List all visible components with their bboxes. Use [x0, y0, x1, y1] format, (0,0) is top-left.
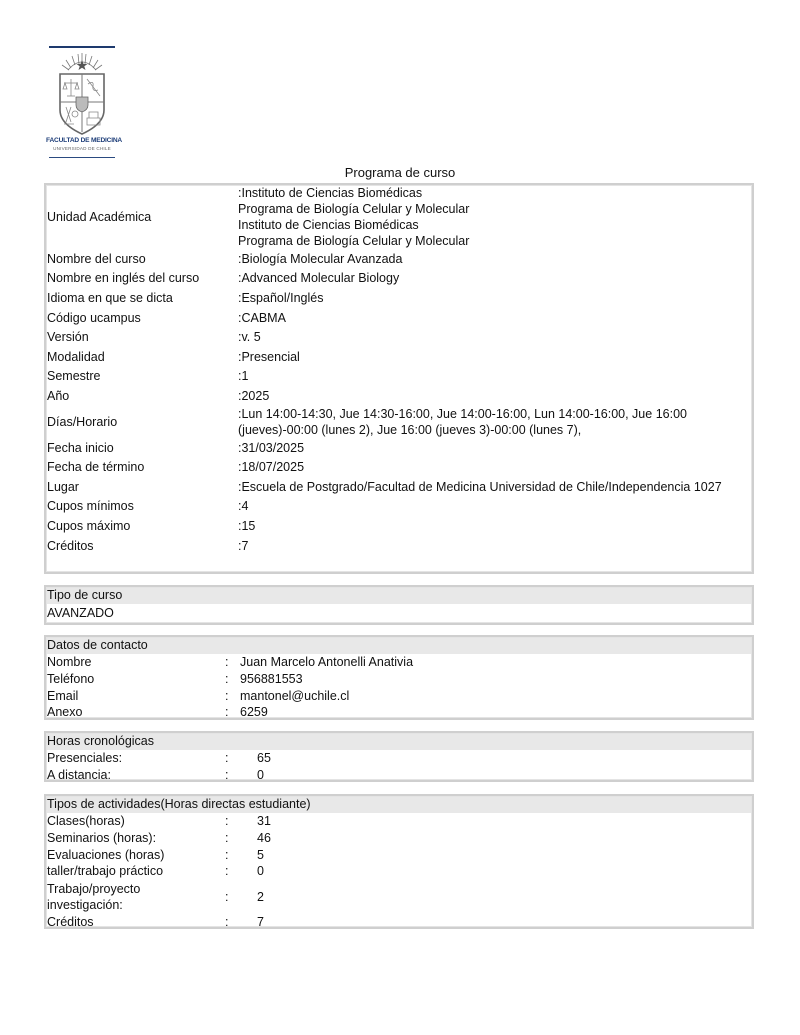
- logo-top-rule: [49, 46, 115, 48]
- actividades-separator: :: [225, 847, 257, 864]
- contacto-label: Teléfono: [46, 671, 225, 688]
- contacto-label: Anexo: [46, 704, 225, 721]
- contacto-row: Email:mantonel@uchile.cl: [46, 688, 752, 705]
- course-info-label: Créditos: [46, 538, 238, 554]
- course-type-section: Tipo de curso AVANZADO: [44, 585, 754, 625]
- activities-list: Clases(horas):31Seminarios (horas)::46Ev…: [46, 813, 752, 931]
- course-info-label: Lugar: [46, 479, 238, 495]
- course-info-row: Fecha de término:18/07/2025: [46, 457, 752, 477]
- course-info-row: Créditos:7: [46, 536, 752, 556]
- actividades-value: 0: [257, 863, 752, 880]
- actividades-row: taller/trabajo práctico:0: [46, 863, 752, 880]
- actividades-row: Trabajo/proyecto investigación::2: [46, 880, 752, 914]
- course-info-label: Idioma en que se dicta: [46, 290, 238, 306]
- actividades-row: Créditos:7: [46, 914, 752, 931]
- actividades-value: 5: [257, 847, 752, 864]
- course-info-label: Nombre del curso: [46, 251, 238, 267]
- actividades-label: Créditos: [46, 914, 225, 931]
- contacto-separator: :: [225, 688, 240, 705]
- course-info-value: :15: [238, 518, 752, 534]
- contacto-row: Nombre:Juan Marcelo Antonelli Anativia: [46, 654, 752, 671]
- actividades-label: Evaluaciones (horas): [46, 847, 225, 864]
- course-info-row: Nombre en inglés del curso:Advanced Mole…: [46, 269, 752, 289]
- actividades-row: Seminarios (horas)::46: [46, 830, 752, 847]
- hours-section: Horas cronológicas Presenciales::65A dis…: [44, 731, 754, 782]
- contacto-value: Juan Marcelo Antonelli Anativia: [240, 654, 752, 671]
- course-info-label: Días/Horario: [46, 414, 238, 430]
- course-info-value: :2025: [238, 388, 752, 404]
- course-info-label: Nombre en inglés del curso: [46, 270, 238, 286]
- course-info-value: :Advanced Molecular Biology: [238, 270, 752, 286]
- course-info-row: Lugar:Escuela de Postgrado/Facultad de M…: [46, 477, 752, 497]
- university-crest-icon: [54, 52, 110, 136]
- course-info-value: :Presencial: [238, 349, 752, 365]
- actividades-value: 7: [257, 914, 752, 931]
- course-info-row: Modalidad:Presencial: [46, 347, 752, 367]
- contact-section: Datos de contacto Nombre:Juan Marcelo An…: [44, 635, 754, 720]
- course-info-value: :18/07/2025: [238, 459, 752, 475]
- course-info-row: Idioma en que se dicta:Español/Inglés: [46, 288, 752, 308]
- course-info-value: :31/03/2025: [238, 440, 752, 456]
- course-info-value: :Lun 14:00-14:30, Jue 14:30-16:00, Jue 1…: [238, 406, 752, 438]
- course-info-value: :Biología Molecular Avanzada: [238, 251, 752, 267]
- course-info-label: Versión: [46, 329, 238, 345]
- course-info-value: :Escuela de Postgrado/Facultad de Medici…: [238, 479, 752, 495]
- horas-label: A distancia:: [46, 767, 225, 784]
- actividades-separator: :: [225, 813, 257, 830]
- course-info-row: Días/Horario:Lun 14:00-14:30, Jue 14:30-…: [46, 406, 752, 438]
- contacto-label: Nombre: [46, 654, 225, 671]
- contacto-separator: :: [225, 654, 240, 671]
- activities-section: Tipos de actividades(Horas directas estu…: [44, 794, 754, 929]
- course-info-label: Código ucampus: [46, 310, 238, 326]
- course-info-label: Semestre: [46, 368, 238, 384]
- course-info-table: Unidad Académica:Instituto de Ciencias B…: [44, 183, 754, 574]
- actividades-separator: :: [225, 914, 257, 931]
- course-info-row: Nombre del curso:Biología Molecular Avan…: [46, 249, 752, 269]
- course-info-row: Versión:v. 5: [46, 327, 752, 347]
- course-info-label: Año: [46, 388, 238, 404]
- contacto-separator: :: [225, 704, 240, 721]
- actividades-separator: :: [225, 863, 257, 880]
- hours-header: Horas cronológicas: [46, 733, 752, 750]
- course-info-row: Año:2025: [46, 386, 752, 406]
- course-type-value: AVANZADO: [46, 604, 752, 623]
- course-info-value: :7: [238, 538, 752, 554]
- horas-row: A distancia::0: [46, 767, 752, 784]
- contacto-value: 956881553: [240, 671, 752, 688]
- contacto-separator: :: [225, 671, 240, 688]
- course-info-row: Fecha inicio:31/03/2025: [46, 438, 752, 458]
- course-info-label: Cupos mínimos: [46, 498, 238, 514]
- course-info-value: :4: [238, 498, 752, 514]
- actividades-row: Evaluaciones (horas):5: [46, 847, 752, 864]
- actividades-label: taller/trabajo práctico: [46, 863, 225, 880]
- activities-header: Tipos de actividades(Horas directas estu…: [46, 796, 752, 813]
- contacto-value: 6259: [240, 704, 752, 721]
- course-info-value: :Instituto de Ciencias Biomédicas Progra…: [238, 185, 752, 249]
- contact-header: Datos de contacto: [46, 637, 752, 654]
- horas-label: Presenciales:: [46, 750, 225, 767]
- actividades-label: Trabajo/proyecto investigación:: [46, 881, 167, 913]
- horas-separator: :: [225, 767, 257, 784]
- course-info-label: Unidad Académica: [46, 209, 238, 225]
- contacto-label: Email: [46, 688, 225, 705]
- actividades-separator: :: [225, 889, 257, 905]
- actividades-row: Clases(horas):31: [46, 813, 752, 830]
- course-info-label: Fecha de término: [46, 459, 238, 475]
- course-info-label: Modalidad: [46, 349, 238, 365]
- course-info-value: :1: [238, 368, 752, 384]
- university-name: UNIVERSIDAD DE CHILE: [46, 146, 118, 151]
- logo-bottom-rule: [49, 157, 115, 158]
- course-type-header: Tipo de curso: [46, 587, 752, 604]
- actividades-separator: :: [225, 830, 257, 847]
- contact-list: Nombre:Juan Marcelo Antonelli AnativiaTe…: [46, 654, 752, 721]
- horas-row: Presenciales::65: [46, 750, 752, 767]
- course-info-row: Unidad Académica:Instituto de Ciencias B…: [46, 185, 752, 249]
- course-info-label: Cupos máximo: [46, 518, 238, 534]
- actividades-value: 31: [257, 813, 752, 830]
- actividades-label: Seminarios (horas):: [46, 830, 225, 847]
- horas-separator: :: [225, 750, 257, 767]
- course-info-row: Cupos máximo:15: [46, 516, 752, 536]
- actividades-value: 2: [257, 889, 752, 905]
- actividades-label: Clases(horas): [46, 813, 225, 830]
- faculty-name: FACULTAD DE MEDICINA: [46, 137, 118, 144]
- course-info-value: :v. 5: [238, 329, 752, 345]
- page-title: Programa de curso: [0, 165, 800, 180]
- horas-value: 65: [257, 750, 752, 767]
- faculty-logo: FACULTAD DE MEDICINA UNIVERSIDAD DE CHIL…: [46, 46, 118, 158]
- course-info-label: Fecha inicio: [46, 440, 238, 456]
- horas-value: 0: [257, 767, 752, 784]
- actividades-value: 46: [257, 830, 752, 847]
- course-info-row: Semestre:1: [46, 367, 752, 387]
- course-info-row: Código ucampus:CABMA: [46, 308, 752, 328]
- course-info-value: :Español/Inglés: [238, 290, 752, 306]
- contacto-value[interactable]: mantonel@uchile.cl: [240, 688, 752, 705]
- hours-list: Presenciales::65A distancia::0: [46, 750, 752, 784]
- course-info-row: Cupos mínimos:4: [46, 497, 752, 517]
- contacto-row: Teléfono:956881553: [46, 671, 752, 688]
- contacto-row: Anexo:6259: [46, 704, 752, 721]
- course-info-value: :CABMA: [238, 310, 752, 326]
